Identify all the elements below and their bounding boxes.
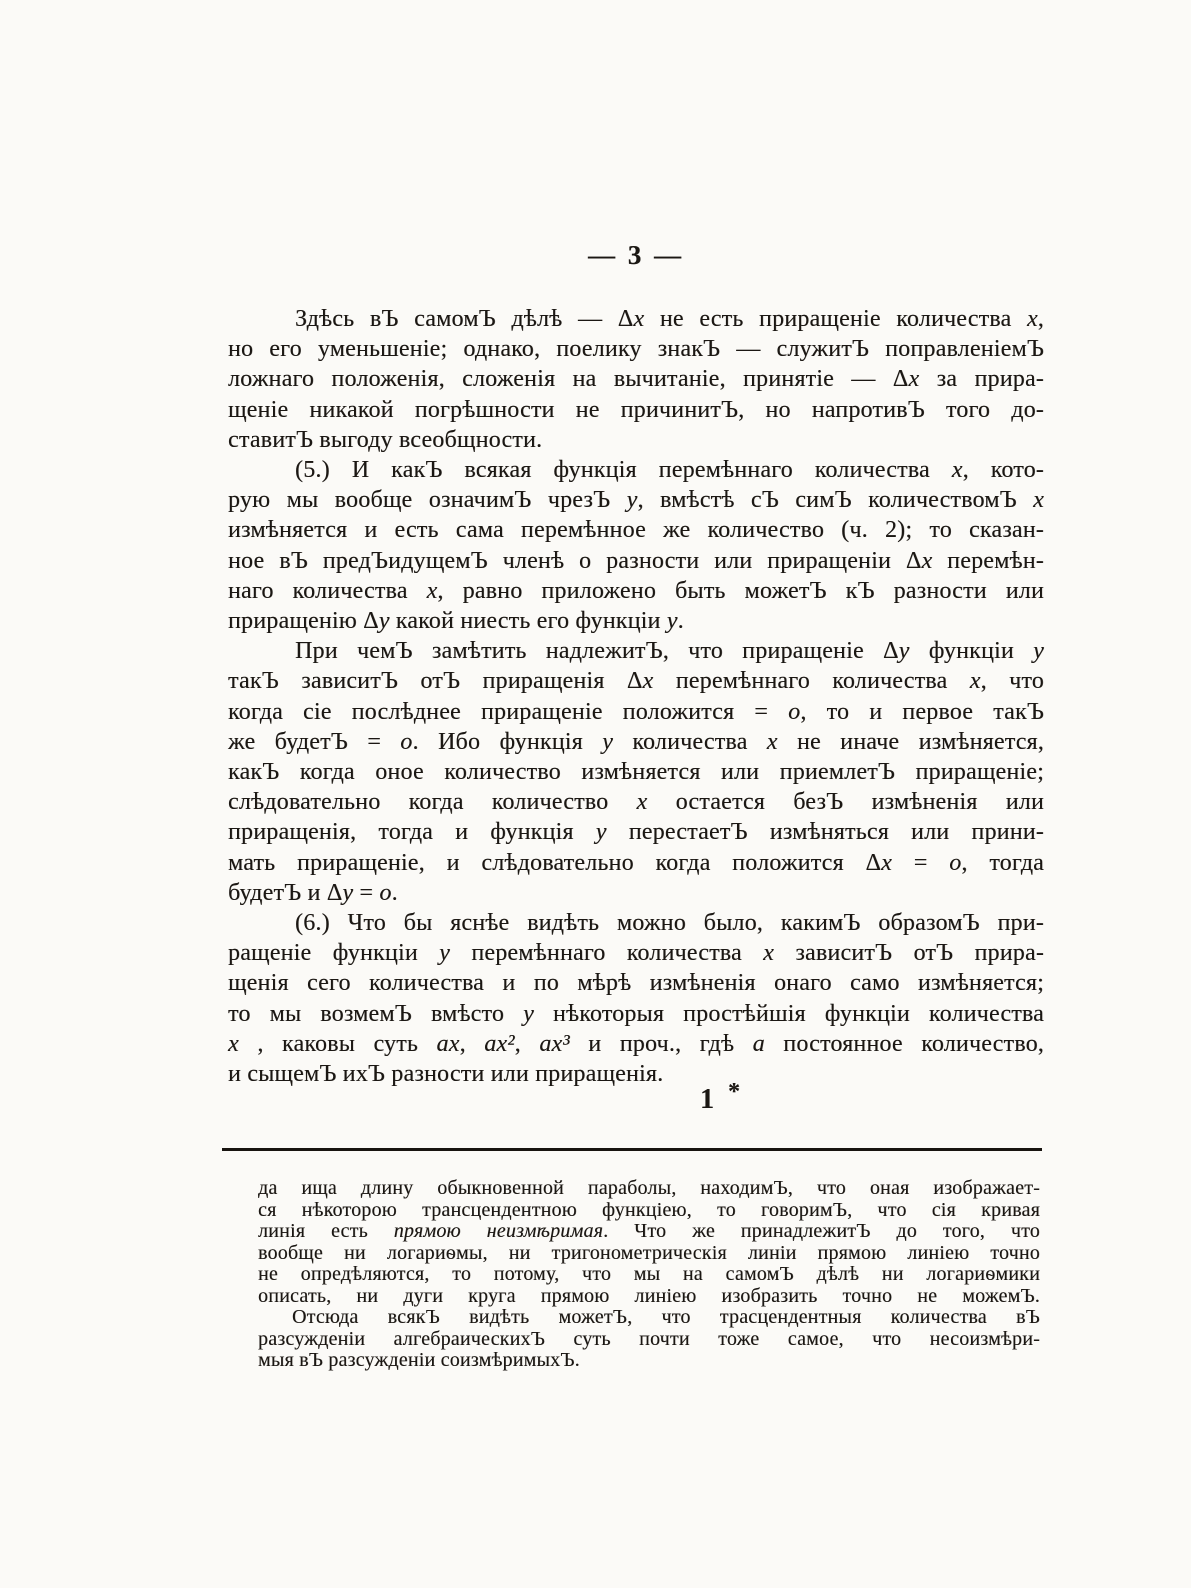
- text-segment: (6.) Что бы яснѣе видѣть можно было, как…: [295, 910, 1044, 936]
- text-line: да ища длину обыкновенной параболы, нахо…: [258, 1178, 1040, 1200]
- text-segment: наго количества: [228, 578, 427, 604]
- text-segment: .: [392, 880, 398, 906]
- text-line: ложнаго положенія, сложенія на вычитаніе…: [228, 364, 1044, 394]
- text-segment: . Ибо функція: [413, 729, 603, 755]
- text-line: мать приращеніе, и слѣдовательно когда п…: [228, 848, 1044, 878]
- math-variable: o: [379, 880, 391, 906]
- text-line: описать, ни дуги круга прямою линіею изо…: [258, 1286, 1040, 1308]
- math-variable: x: [970, 668, 981, 694]
- math-variable: x: [767, 729, 778, 755]
- book-page: — 3 — Здѣсь вЪ самомЪ дѣлѣ — Δx не есть …: [0, 0, 1191, 1588]
- text-line: и сыщемЪ ихЪ разности или приращенія.: [228, 1059, 1044, 1089]
- main-text: Здѣсь вЪ самомЪ дѣлѣ — Δx не есть приращ…: [228, 304, 1044, 1089]
- text-line: Здѣсь вЪ самомЪ дѣлѣ — Δx не есть приращ…: [228, 304, 1044, 334]
- math-variable: x: [921, 548, 932, 574]
- text-segment: остается безЪ измѣненія или: [647, 789, 1044, 815]
- text-segment: , вмѣстѣ сЪ симЪ количествомЪ: [637, 487, 1033, 513]
- text-segment: Отсюда всякЪ видѣть можетЪ, что трасценд…: [292, 1306, 1040, 1328]
- text-segment: , кото-: [963, 457, 1044, 483]
- text-line: мыя вЪ разсужденіи соизмѣримыхЪ.: [258, 1350, 1040, 1372]
- text-segment: постоянное количество,: [765, 1031, 1044, 1057]
- math-variable: y: [899, 638, 910, 664]
- text-segment: , тогда: [961, 850, 1044, 876]
- text-segment: =: [353, 880, 379, 906]
- text-line: (6.) Что бы яснѣе видѣть можно было, как…: [228, 908, 1044, 938]
- text-segment: перемѣннаго количества: [450, 940, 763, 966]
- text-line: когда сіе послѣднее приращеніе положится…: [228, 697, 1044, 727]
- math-variable: x: [881, 850, 892, 876]
- text-segment: но его уменьшеніе; однако, поелику знакЪ…: [228, 336, 1044, 362]
- text-segment: перемѣннаго количества: [653, 668, 969, 694]
- text-line: будетЪ и Δy = o.: [228, 878, 1044, 908]
- text-segment: слѣдовательно когда количество: [228, 789, 637, 815]
- text-segment: , то и первое такЪ: [800, 699, 1044, 725]
- text-segment: же будетЪ =: [228, 729, 400, 755]
- text-segment: не опредѣляются, то потому, что мы на са…: [258, 1263, 1040, 1285]
- text-segment: , каковы суть: [239, 1031, 437, 1057]
- text-segment: нѣкоторыя простѣйшія функціи количества: [534, 1001, 1044, 1027]
- text-segment: будетЪ и Δ: [228, 880, 342, 906]
- signature-number: 1: [700, 1084, 714, 1115]
- math-variable: o: [788, 699, 800, 725]
- text-segment: мыя вЪ разсужденіи соизмѣримыхЪ.: [258, 1349, 580, 1371]
- text-segment: (5.) И какЪ всякая функція перемѣннаго к…: [295, 457, 952, 483]
- text-segment: приращенія, тогда и функція: [228, 819, 596, 845]
- math-variable: o: [400, 729, 412, 755]
- math-variable: ax: [437, 1031, 460, 1057]
- math-variable: y: [627, 487, 638, 513]
- text-line: же будетЪ = o. Ибо функція y количества …: [228, 727, 1044, 757]
- math-variable: x: [633, 306, 644, 332]
- math-variable: ax²: [484, 1031, 514, 1057]
- text-segment: При чемЪ замѣтить надлежитЪ, что прираще…: [295, 638, 899, 664]
- math-variable: x: [427, 578, 438, 604]
- text-line: не опредѣляются, то потому, что мы на са…: [258, 1264, 1040, 1286]
- math-variable: x: [643, 668, 654, 694]
- text-segment: функціи: [910, 638, 1034, 664]
- text-segment: перемѣн-: [932, 548, 1044, 574]
- text-line: (5.) И какЪ всякая функція перемѣннаго к…: [228, 455, 1044, 485]
- text-line: разсужденіи алгебраическихЪ суть почти т…: [258, 1329, 1040, 1351]
- page-number: — 3 —: [228, 240, 1044, 271]
- text-line: Отсюда всякЪ видѣть можетЪ, что трасценд…: [258, 1307, 1040, 1329]
- text-segment: не иначе измѣняется,: [778, 729, 1044, 755]
- text-segment: ,: [1038, 306, 1044, 332]
- text-segment: , что: [981, 668, 1044, 694]
- math-variable: x: [1027, 306, 1038, 332]
- text-segment: ложнаго положенія, сложенія на вычитаніе…: [228, 366, 908, 392]
- text-segment: за прира-: [919, 366, 1044, 392]
- text-segment: , равно приложено быть можетЪ кЪ разност…: [437, 578, 1044, 604]
- math-variable: x: [908, 366, 919, 392]
- text-segment: линія есть: [258, 1220, 394, 1242]
- text-segment: вообще ни логариѳмы, ни тригонометрическ…: [258, 1242, 1040, 1264]
- text-segment: .: [678, 608, 684, 634]
- math-variable: прямою неизмѣримая: [394, 1220, 603, 1242]
- text-segment: Здѣсь вЪ самомЪ дѣлѣ — Δ: [295, 306, 633, 332]
- text-line: линія есть прямою неизмѣримая. Что же пр…: [258, 1221, 1040, 1243]
- text-line: но его уменьшеніе; однако, поелику знакЪ…: [228, 334, 1044, 364]
- math-variable: x: [763, 940, 774, 966]
- text-segment: щеніе никакой погрѣшности не причинитЪ, …: [228, 397, 1044, 423]
- text-segment: ращеніе функціи: [228, 940, 439, 966]
- text-line: ращеніе функціи y перемѣннаго количества…: [228, 938, 1044, 968]
- math-variable: ax³: [539, 1031, 569, 1057]
- footnote-text: да ища длину обыкновенной параболы, нахо…: [258, 1178, 1040, 1372]
- text-line: наго количества x, равно приложено быть …: [228, 576, 1044, 606]
- text-line: измѣняется и есть сама перемѣнное же кол…: [228, 515, 1044, 545]
- math-variable: x: [637, 789, 648, 815]
- signature-mark: 1*: [700, 1084, 740, 1116]
- text-segment: ставитЪ выгоду всеобщности.: [228, 427, 542, 453]
- text-segment: ное вЪ предЪидущемЪ членѣ о разности или…: [228, 548, 921, 574]
- text-line: При чемЪ замѣтить надлежитЪ, что прираще…: [228, 636, 1044, 666]
- text-segment: и сыщемЪ ихЪ разности или приращенія.: [228, 1061, 663, 1087]
- text-line: слѣдовательно когда количество x остаетс…: [228, 787, 1044, 817]
- text-line: вообще ни логариѳмы, ни тригонометрическ…: [258, 1243, 1040, 1265]
- text-segment: приращенію Δ: [228, 608, 379, 634]
- math-variable: o: [949, 850, 961, 876]
- text-segment: количества: [613, 729, 767, 755]
- text-segment: когда сіе послѣднее приращеніе положится…: [228, 699, 788, 725]
- math-variable: x: [228, 1031, 239, 1057]
- text-line: то мы возмемЪ вмѣсто y нѣкоторыя простѣй…: [228, 999, 1044, 1029]
- text-line: ставитЪ выгоду всеобщности.: [228, 425, 1044, 455]
- math-variable: x: [1033, 487, 1044, 513]
- text-line: приращенія, тогда и функція y перестаетЪ…: [228, 817, 1044, 847]
- text-line: x , каковы суть ax, ax², ax³ и проч., гд…: [228, 1029, 1044, 1059]
- math-variable: y: [342, 880, 353, 906]
- text-segment: да ища длину обыкновенной параболы, нахо…: [258, 1177, 1040, 1199]
- text-segment: какЪ когда оное количество измѣняется ил…: [228, 759, 1044, 785]
- math-variable: a: [753, 1031, 765, 1057]
- text-segment: мать приращеніе, и слѣдовательно когда п…: [228, 850, 881, 876]
- math-variable: y: [667, 608, 678, 634]
- math-variable: y: [596, 819, 607, 845]
- math-variable: y: [523, 1001, 534, 1027]
- text-segment: какой ниесть его функціи: [390, 608, 667, 634]
- math-variable: x: [952, 457, 963, 483]
- text-line: приращенію Δy какой ниесть его функціи y…: [228, 606, 1044, 636]
- math-variable: y: [439, 940, 450, 966]
- text-line: ное вЪ предЪидущемЪ членѣ о разности или…: [228, 546, 1044, 576]
- text-segment: описать, ни дуги круга прямою линіею изо…: [258, 1285, 1040, 1307]
- text-segment: щенія сего количества и по мѣрѣ измѣнені…: [228, 970, 1044, 996]
- text-line: рую мы вообще означимЪ чрезЪ y, вмѣстѣ с…: [228, 485, 1044, 515]
- signature-asterisk: *: [728, 1079, 740, 1105]
- footnote-rule: [222, 1148, 1042, 1151]
- text-line: щеніе никакой погрѣшности не причинитЪ, …: [228, 395, 1044, 425]
- text-segment: перестаетЪ измѣняться или прини-: [607, 819, 1044, 845]
- text-segment: не есть приращеніе количества: [644, 306, 1027, 332]
- text-segment: ,: [515, 1031, 540, 1057]
- text-segment: зависитЪ отЪ прира-: [774, 940, 1044, 966]
- text-segment: то мы возмемЪ вмѣсто: [228, 1001, 523, 1027]
- text-line: такЪ зависитЪ отЪ приращенія Δx перемѣнн…: [228, 666, 1044, 696]
- text-segment: рую мы вообще означимЪ чрезЪ: [228, 487, 627, 513]
- text-line: щенія сего количества и по мѣрѣ измѣнені…: [228, 968, 1044, 998]
- text-segment: измѣняется и есть сама перемѣнное же кол…: [228, 517, 1044, 543]
- text-line: ся нѣкоторою трансцендентною функціею, т…: [258, 1200, 1040, 1222]
- text-segment: =: [892, 850, 949, 876]
- text-segment: такЪ зависитЪ отЪ приращенія Δ: [228, 668, 643, 694]
- math-variable: y: [379, 608, 390, 634]
- math-variable: y: [1033, 638, 1044, 664]
- text-segment: . Что же принадлежитЪ до того, что: [603, 1220, 1040, 1242]
- text-segment: разсужденіи алгебраическихЪ суть почти т…: [258, 1328, 1040, 1350]
- text-segment: и проч., гдѣ: [570, 1031, 753, 1057]
- text-line: какЪ когда оное количество измѣняется ил…: [228, 757, 1044, 787]
- text-segment: ,: [460, 1031, 485, 1057]
- text-segment: ся нѣкоторою трансцендентною функціею, т…: [258, 1199, 1040, 1221]
- math-variable: y: [602, 729, 613, 755]
